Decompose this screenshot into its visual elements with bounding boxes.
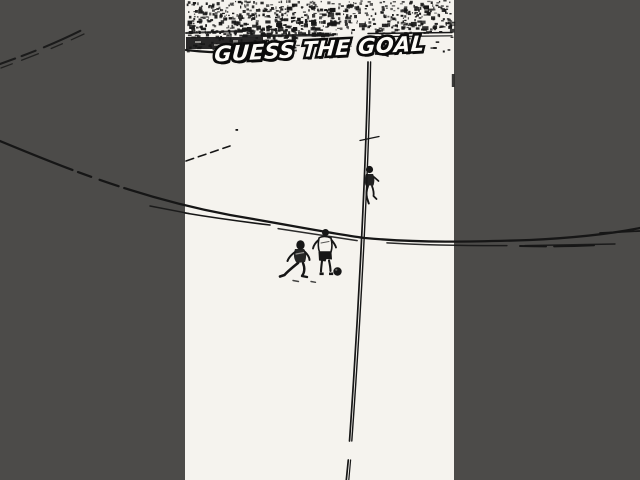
arc-dot [236, 129, 239, 131]
player-dribbling-leg-a [321, 261, 322, 272]
player-dribbling-boot-b [329, 273, 333, 276]
player-upfield-head [366, 166, 373, 173]
center-arc-smear2 [600, 231, 640, 233]
band-nick [250, 45, 256, 47]
ground-dash [293, 281, 299, 282]
player-dribbling-boot-a [320, 273, 324, 276]
edge-smudge [452, 74, 455, 87]
hoarding-bar [243, 35, 333, 36]
ball-highlight [335, 269, 337, 271]
ground-dash [311, 282, 316, 283]
video-frame[interactable]: GUESS THE GOAL GUESS THE GOAL [0, 0, 640, 480]
player-dribbling-head [322, 229, 329, 236]
soccer-ball [333, 267, 341, 275]
player-defending-head [296, 240, 304, 250]
upper-left-arc [0, 30, 82, 64]
advertising-railing [368, 33, 452, 34]
sketch-scene [0, 0, 640, 480]
player-dribbling-shirt [318, 237, 332, 253]
band-nick [233, 40, 238, 43]
upper-left-arc-echo [1, 34, 84, 68]
band-nick [195, 41, 201, 43]
ball-shape [333, 267, 341, 275]
player-upfield-torso [365, 174, 375, 186]
band-nick [214, 44, 221, 46]
player-defending-torso [294, 249, 306, 263]
